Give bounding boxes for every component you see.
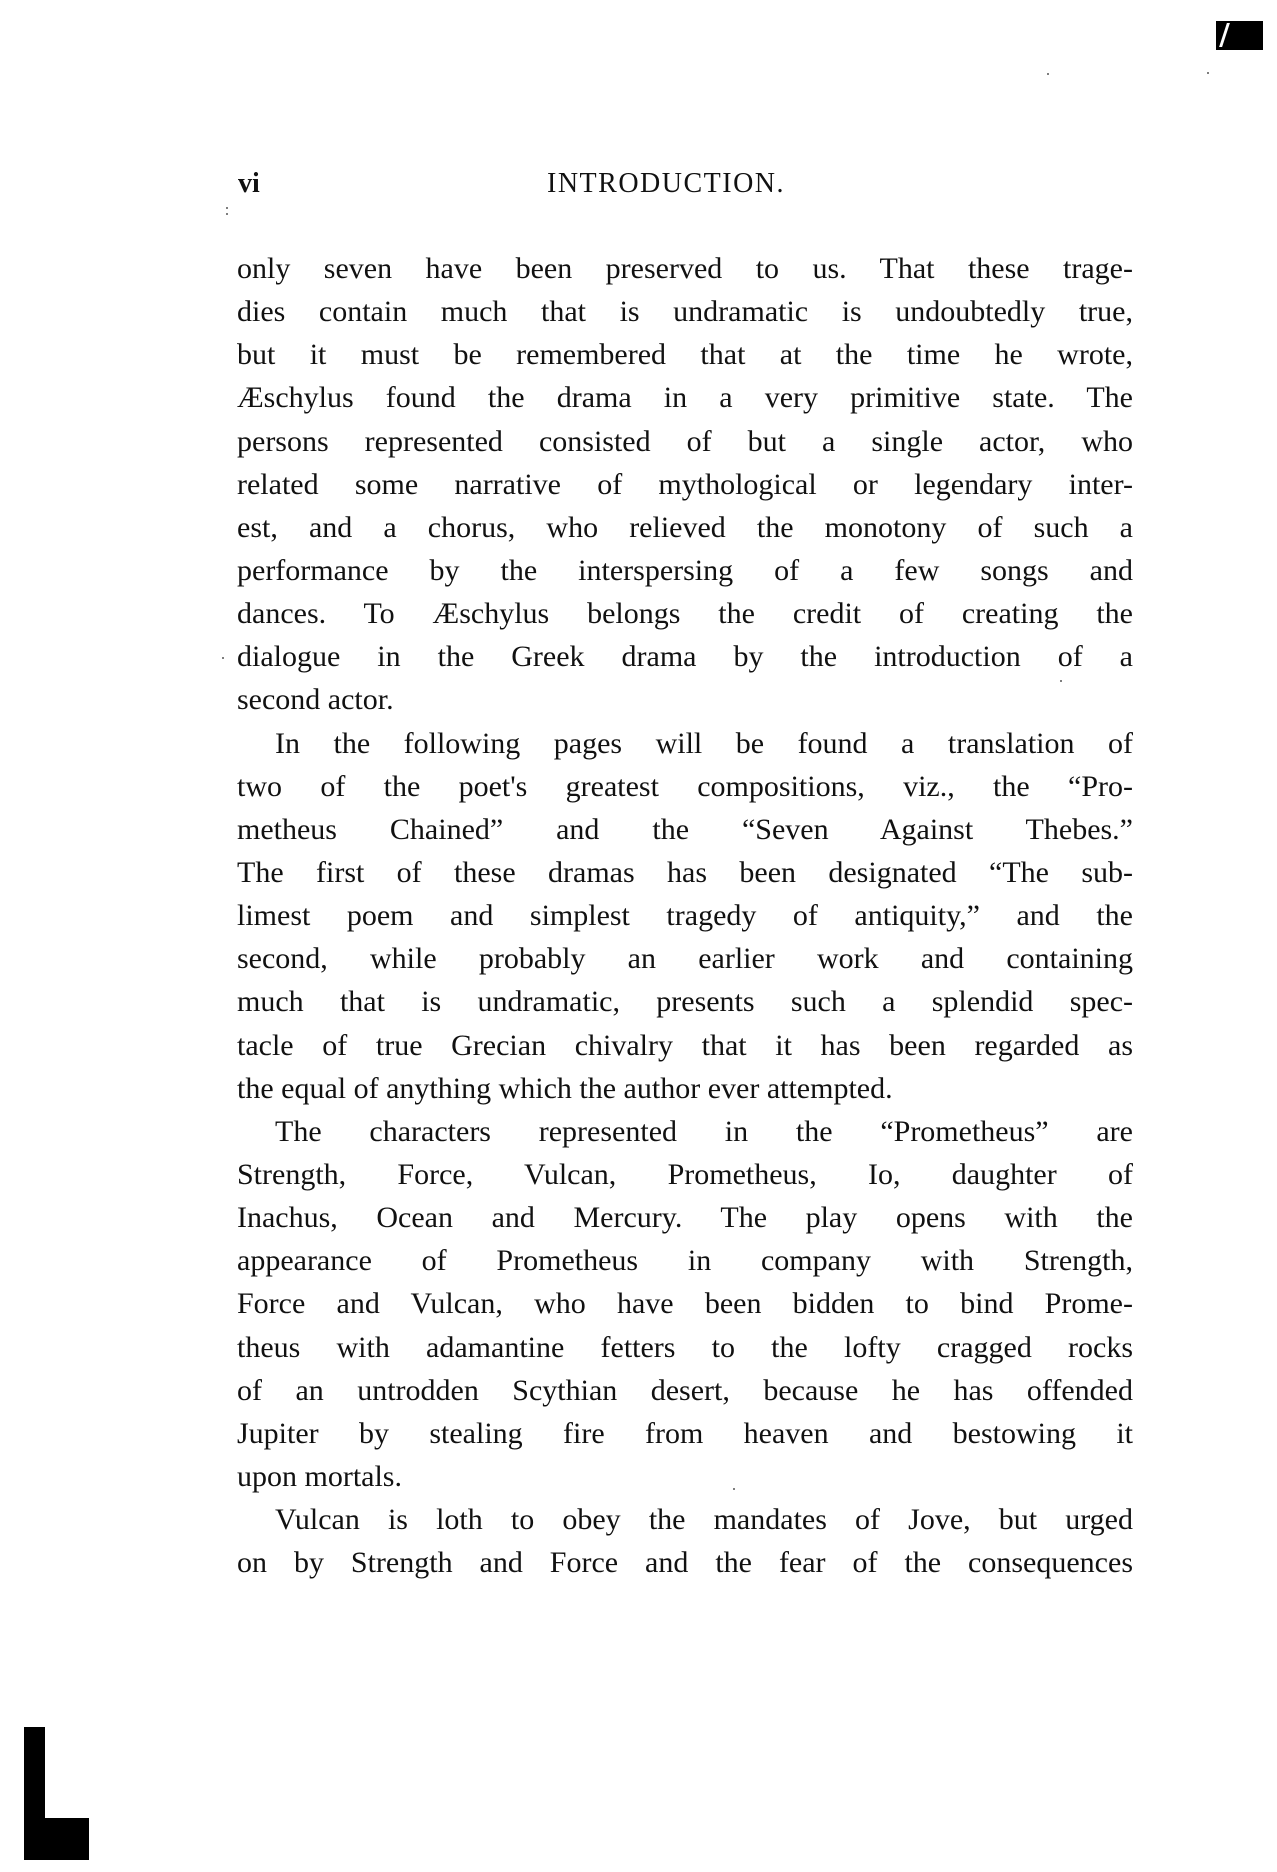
text-line: dances. To Æschylus belongs the credit o… (237, 592, 1133, 635)
scan-edge-tab-mark (1216, 21, 1263, 50)
text-line: upon mortals. (237, 1455, 1133, 1498)
text-line: The characters represented in the “Prome… (237, 1110, 1133, 1153)
scan-speck (226, 207, 228, 209)
text-line: dialogue in the Greek drama by the intro… (237, 635, 1133, 678)
scan-speck (222, 657, 224, 659)
scan-speck (226, 213, 228, 215)
text-line: Strength, Force, Vulcan, Prometheus, Io,… (237, 1153, 1133, 1196)
text-line: In the following pages will be found a t… (237, 722, 1133, 765)
running-head: vi INTRODUCTION. (237, 166, 1133, 202)
scanned-book-page: vi INTRODUCTION. only seven have been pr… (0, 0, 1277, 1872)
text-line: metheus Chained” and the “Seven Against … (237, 808, 1133, 851)
crop-mark-horizontal (24, 1818, 89, 1860)
scan-corner-crop-mark (24, 1727, 89, 1860)
paragraph-3: The characters represented in the “Prome… (237, 1110, 1133, 1498)
running-head-title: INTRODUCTION. (547, 166, 833, 202)
text-line: the equal of anything which the author e… (237, 1067, 1133, 1110)
text-line: of an untrodden Scythian desert, because… (237, 1369, 1133, 1412)
scan-speck (1207, 72, 1209, 74)
text-line: Inachus, Ocean and Mercury. The play ope… (237, 1196, 1133, 1239)
text-line: Force and Vulcan, who have been bidden t… (237, 1282, 1133, 1325)
text-line: dies contain much that is undramatic is … (237, 290, 1133, 333)
text-line: only seven have been preserved to us. Th… (237, 247, 1133, 290)
text-line: limest poem and simplest tragedy of anti… (237, 894, 1133, 937)
text-line: much that is undramatic, presents such a… (237, 980, 1133, 1023)
text-line: theus with adamantine fetters to the lof… (237, 1326, 1133, 1369)
text-line: on by Strength and Force and the fear of… (237, 1541, 1133, 1584)
page-number: vi (238, 166, 260, 202)
text-line: performance by the interspersing of a fe… (237, 549, 1133, 592)
text-line: but it must be remembered that at the ti… (237, 333, 1133, 376)
paragraph-2: In the following pages will be found a t… (237, 722, 1133, 1110)
text-line: second, while probably an earlier work a… (237, 937, 1133, 980)
text-line: Jupiter by stealing fire from heaven and… (237, 1412, 1133, 1455)
scan-speck (1047, 73, 1049, 75)
text-line: est, and a chorus, who relieved the mono… (237, 506, 1133, 549)
text-line: persons represented consisted of but a s… (237, 420, 1133, 463)
body-text: only seven have been preserved to us. Th… (237, 247, 1133, 1584)
text-line: related some narrative of mythological o… (237, 463, 1133, 506)
text-line: second actor. (237, 678, 1133, 721)
text-line: tacle of true Grecian chivalry that it h… (237, 1024, 1133, 1067)
text-line: The first of these dramas has been desig… (237, 851, 1133, 894)
paragraph-4: Vulcan is loth to obey the mandates of J… (237, 1498, 1133, 1584)
text-line: Vulcan is loth to obey the mandates of J… (237, 1498, 1133, 1541)
text-line: two of the poet's greatest compositions,… (237, 765, 1133, 808)
text-line: Æschylus found the drama in a very primi… (237, 376, 1133, 419)
text-line: appearance of Prometheus in company with… (237, 1239, 1133, 1282)
paragraph-1: only seven have been preserved to us. Th… (237, 247, 1133, 722)
